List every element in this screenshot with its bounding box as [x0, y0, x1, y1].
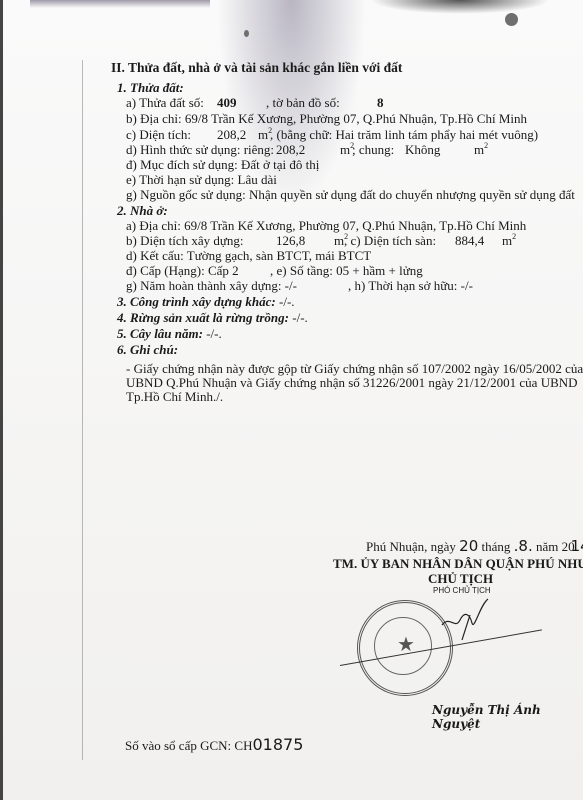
- other-construction: 3. Công trình xây dựng khác: -/-.: [117, 294, 295, 309]
- place-date: Phú Nhuận, ngày 20 tháng .8. năm 2014: [366, 539, 583, 554]
- signer-name: Nguyễn Thị Ánh Nguyệt: [432, 703, 583, 731]
- house-footprint-value: 126,8: [276, 233, 305, 248]
- scan-shadow: [370, 0, 550, 14]
- land-parcel-label: a) Thửa đất số:: [126, 95, 204, 110]
- land-purpose: đ) Mục đích sử dụng: Đất ở tại đô thị: [126, 157, 319, 172]
- land-map-number: 8: [377, 95, 384, 110]
- house-heading: 2. Nhà ở:: [117, 203, 168, 218]
- land-map-label: , tờ bản đồ số:: [266, 95, 340, 110]
- perennial-trees: 5. Cây lâu năm: -/-.: [117, 326, 222, 341]
- land-heading: 1. Thửa đất:: [117, 80, 184, 95]
- house-address: a) Địa chỉ: 69/8 Trần Kế Xương, Phường 0…: [126, 218, 526, 233]
- authority: TM. ỦY BAN NHÂN DÂN QUẬN PHÚ NHUẬN: [333, 556, 583, 571]
- registry-number: Số vào sổ cấp GCN: CH01875: [125, 737, 303, 753]
- scan-edge: [0, 0, 3, 800]
- notes-line: Tp.Hồ Chí Minh./.: [126, 389, 223, 404]
- land-origin: g) Nguồn gốc sử dụng: Nhận quyền sử dụng…: [126, 187, 575, 202]
- notes-line: UBND Q.Phú Nhuận và Giấy chứng nhận số 3…: [126, 375, 578, 390]
- scan-shadow: [30, 0, 210, 8]
- land-shared-label: ; chung:: [352, 142, 394, 157]
- land-use-form-label: d) Hình thức sử dụng: riêng:: [126, 142, 274, 157]
- land-shared-unit: m2: [474, 142, 488, 157]
- house-completion-year: g) Năm hoàn thành xây dựng: -/-: [126, 278, 297, 293]
- land-parcel-number: 409: [217, 95, 237, 110]
- land-area-value: 208,2: [217, 127, 246, 142]
- stamp-emblem: ★: [374, 617, 432, 675]
- land-area-label: c) Diện tích:: [126, 127, 191, 142]
- house-grade: đ) Cấp (Hạng): Cấp 2: [126, 263, 239, 278]
- land-address: b) Địa chỉ: 69/8 Trần Kế Xương, Phường 0…: [126, 111, 527, 126]
- house-structure: d) Kết cấu: Tường gạch, sàn BTCT, mái BT…: [126, 248, 371, 263]
- signer-title: CHỦ TỊCH: [428, 571, 493, 586]
- land-term: e) Thời hạn sử dụng: Lâu dài: [126, 172, 277, 187]
- production-forest: 4. Rừng sản xuất là rừng trồng: -/-.: [117, 310, 308, 325]
- deputy-title: PHÓ CHỦ TỊCH: [433, 586, 491, 595]
- ink-blot: [244, 30, 249, 37]
- notes-line: - Giấy chứng nhận này được gộp từ Giấy c…: [126, 361, 583, 376]
- section-title: II. Thửa đất, nhà ở và tài sản khác gắn …: [111, 60, 402, 75]
- document-page: II. Thửa đất, nhà ở và tài sản khác gắn …: [0, 0, 583, 800]
- house-floor-area-label: , c) Diện tích sàn:: [344, 233, 436, 248]
- house-footprint-label: b) Diện tích xây dựng:: [126, 233, 244, 248]
- notes-heading: 6. Ghi chú:: [117, 342, 178, 357]
- land-shared-value: Không: [405, 142, 440, 157]
- house-ownership-term: , h) Thời hạn sở hữu: -/-: [348, 278, 473, 293]
- house-floors: , e) Số tầng: 05 + hầm + lửng: [270, 263, 423, 278]
- land-area-words: , (bằng chữ: Hai trăm linh tám phẩy hai …: [270, 127, 538, 142]
- land-private-area: 208,2: [276, 142, 305, 157]
- house-floor-area-unit: m2: [502, 233, 516, 248]
- margin-line: [82, 60, 83, 760]
- house-floor-area-value: 884,4: [455, 233, 484, 248]
- ink-blot: [505, 13, 518, 26]
